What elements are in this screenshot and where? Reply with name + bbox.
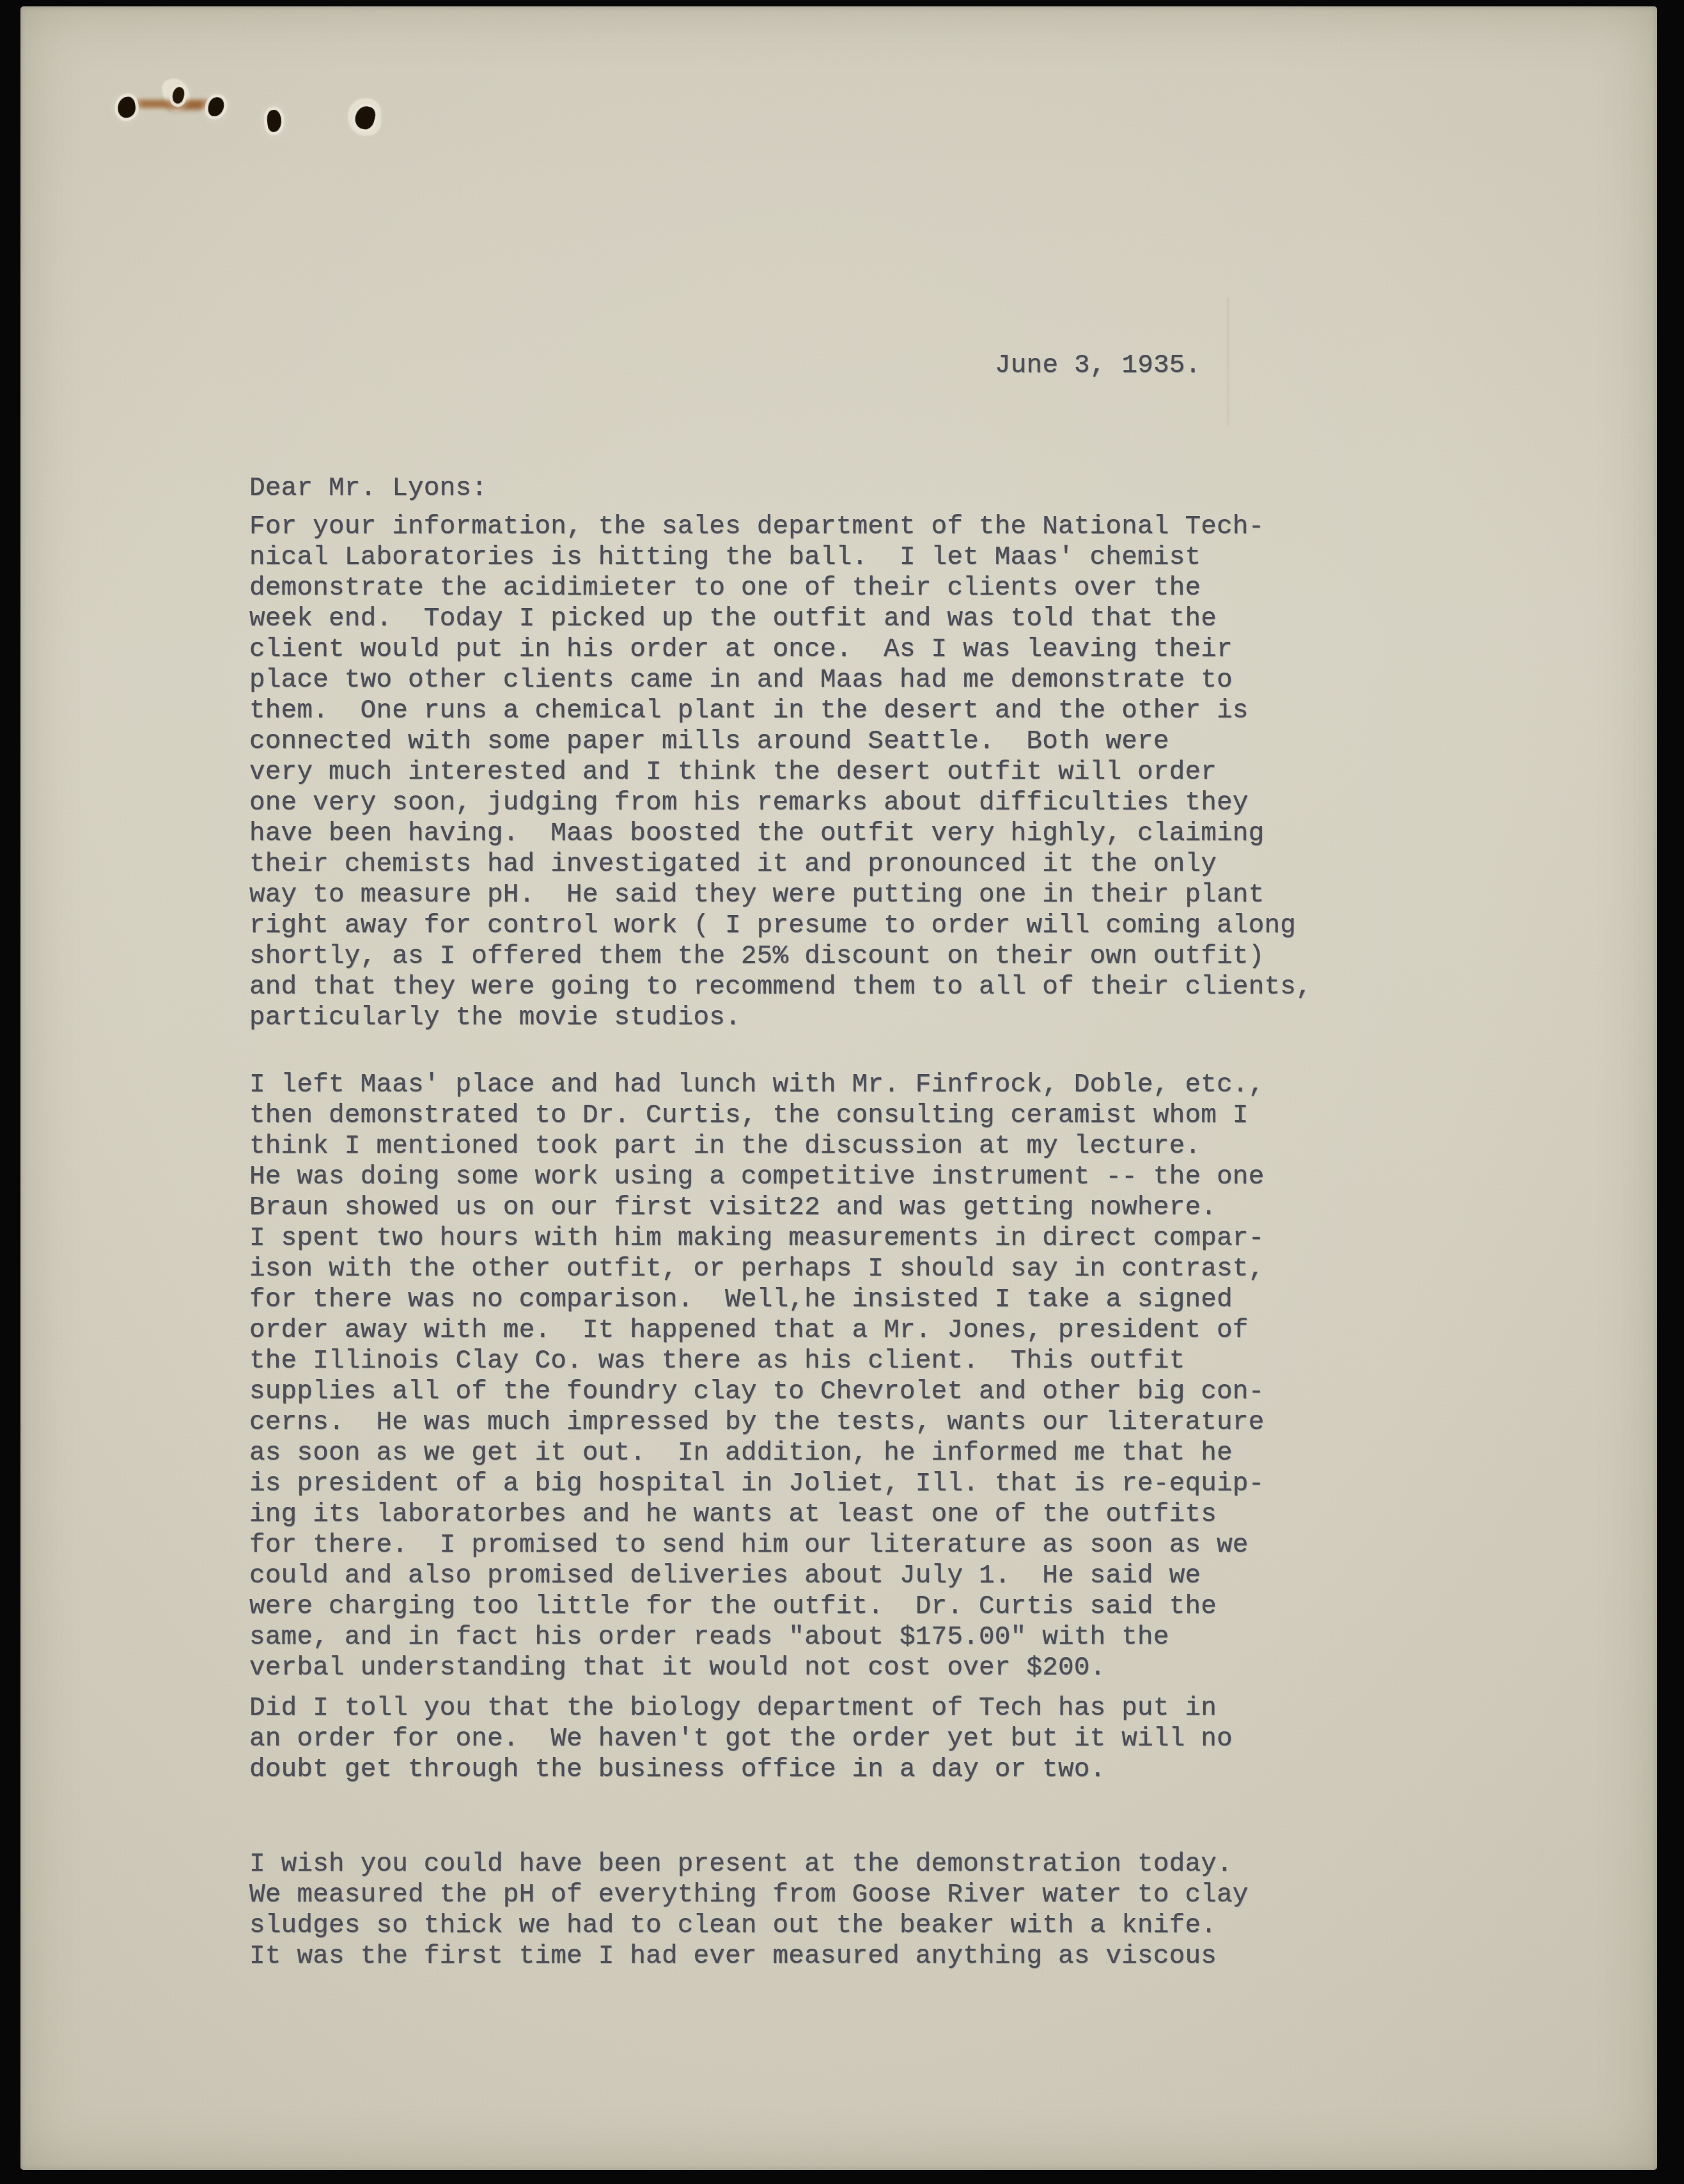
letter-line: Braun showed us on our first visit22 and…	[249, 1192, 1264, 1223]
letter-body: For your information, the sales departme…	[20, 6, 1657, 2170]
letter-line: order away with me. It happened that a M…	[249, 1315, 1264, 1346]
letter-line: I spent two hours with him making measur…	[249, 1223, 1264, 1254]
letter-line: He was doing some work using a competiti…	[249, 1162, 1264, 1192]
letter-line: connected with some paper mills around S…	[249, 726, 1312, 757]
letter-line: the Illinois Clay Co. was there as his c…	[249, 1346, 1264, 1377]
paragraph: Did I toll you that the biology departme…	[249, 1693, 1233, 1785]
letter-line: ing its laboratorbes and he wants at lea…	[249, 1499, 1264, 1530]
letter-line: For your information, the sales departme…	[249, 511, 1312, 542]
letter-line: were charging too little for the outfit.…	[249, 1591, 1264, 1622]
letter-page: June 3, 1935. Dear Mr. Lyons: For your i…	[20, 6, 1657, 2170]
letter-line: particularly the movie studios.	[249, 1002, 1312, 1033]
letter-line: shortly, as I offered them the 25% disco…	[249, 941, 1312, 972]
letter-line: very much interested and I think the des…	[249, 757, 1312, 788]
letter-line: and that they were going to recommend th…	[249, 972, 1312, 1002]
letter-line: cerns. He was much impressed by the test…	[249, 1407, 1264, 1438]
letter-line: as soon as we get it out. In addition, h…	[249, 1438, 1264, 1469]
letter-line: client would put in his order at once. A…	[249, 634, 1312, 665]
letter-line: I left Maas' place and had lunch with Mr…	[249, 1070, 1264, 1100]
letter-line: It was the first time I had ever measure…	[249, 1941, 1249, 1972]
letter-line: an order for one. We haven't got the ord…	[249, 1724, 1233, 1754]
scan-background: June 3, 1935. Dear Mr. Lyons: For your i…	[0, 0, 1684, 2184]
letter-line: have been having. Maas boosted the outfi…	[249, 818, 1312, 849]
letter-line: for there. I promised to send him our li…	[249, 1530, 1264, 1561]
letter-line: is president of a big hospital in Joliet…	[249, 1469, 1264, 1499]
letter-line: nical Laboratories is hitting the ball. …	[249, 542, 1312, 573]
letter-line: Did I toll you that the biology departme…	[249, 1693, 1233, 1724]
letter-line: week end. Today I picked up the outfit a…	[249, 604, 1312, 634]
letter-line: for there was no comparison. Well,he ins…	[249, 1284, 1264, 1315]
letter-line: I wish you could have been present at th…	[249, 1849, 1249, 1880]
paragraph: I left Maas' place and had lunch with Mr…	[249, 1070, 1264, 1683]
letter-line: same, and in fact his order reads "about…	[249, 1622, 1264, 1653]
letter-line: way to measure pH. He said they were put…	[249, 880, 1312, 910]
letter-line: ison with the other outfit, or perhaps I…	[249, 1254, 1264, 1284]
letter-line: think I mentioned took part in the discu…	[249, 1131, 1264, 1162]
letter-line: supplies all of the foundry clay to Chev…	[249, 1377, 1264, 1407]
letter-line: sludges so thick we had to clean out the…	[249, 1910, 1249, 1941]
letter-line: We measured the pH of everything from Go…	[249, 1880, 1249, 1910]
letter-line: their chemists had investigated it and p…	[249, 849, 1312, 880]
letter-line: place two other clients came in and Maas…	[249, 665, 1312, 696]
letter-line: one very soon, judging from his remarks …	[249, 788, 1312, 818]
paragraph: For your information, the sales departme…	[249, 511, 1312, 1033]
letter-line: then demonstrated to Dr. Curtis, the con…	[249, 1100, 1264, 1131]
letter-line: doubt get through the business office in…	[249, 1754, 1233, 1785]
paragraph: I wish you could have been present at th…	[249, 1849, 1249, 1972]
letter-line: demonstrate the acidimieter to one of th…	[249, 573, 1312, 604]
letter-line: right away for control work ( I presume …	[249, 910, 1312, 941]
letter-line: them. One runs a chemical plant in the d…	[249, 696, 1312, 726]
letter-line: could and also promised deliveries about…	[249, 1561, 1264, 1591]
letter-line: verbal understanding that it would not c…	[249, 1653, 1264, 1683]
